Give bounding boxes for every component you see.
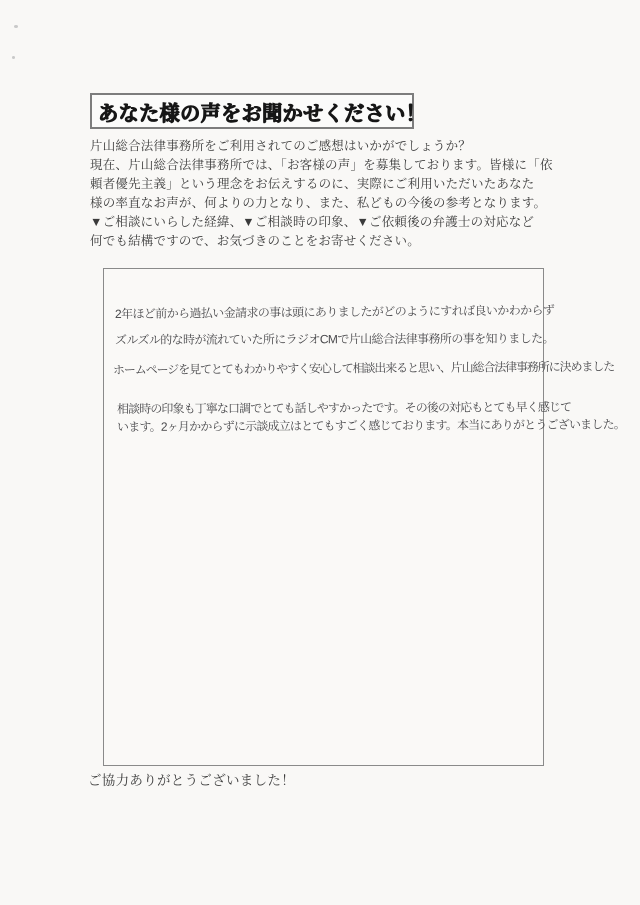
scan-speck — [12, 56, 15, 59]
intro-paragraph: 片山総合法律事務所をご利用されてのご感想はいかがでしょうか？ 現在、片山総合法律… — [90, 137, 558, 251]
intro-line: 片山総合法律事務所をご利用されてのご感想はいかがでしょうか？ — [90, 137, 558, 156]
scan-speck — [14, 25, 18, 28]
intro-line: 様の率直なお声が、何よりの力となり、また、私どもの今後の参考となります。 — [90, 194, 558, 213]
footer-thank-you: ご協力ありがとうございました！ — [88, 769, 295, 789]
handwritten-comment-line: ホームページを見てとてもわかりやすく安心して相談出来ると思い、片山総合法律事務所… — [113, 358, 614, 378]
page-title: あなた様の声をお聞かせください！ — [98, 96, 426, 126]
feedback-form-page: あなた様の声をお聞かせください！ 片山総合法律事務所をご利用されてのご感想はいか… — [0, 0, 640, 905]
handwritten-comment-line: ズルズル的な時が流れていた所にラジオCMで片山総合法律事務所の事を知りました。 — [115, 329, 554, 348]
intro-line: 頼者優先主義」という理念をお伝えするのに、実際にご利用いただいたあなた — [90, 175, 558, 194]
intro-line: ▼ご相談にいらした経緯、▼ご相談時の印象、▼ご依頼後の弁護士の対応など — [90, 213, 558, 232]
handwritten-comment-line: います。2ヶ月かからずに示談成立はとてもすごく感じております。本当にありがとうご… — [117, 415, 625, 435]
title-box: あなた様の声をお聞かせください！ — [90, 93, 414, 129]
handwritten-comment-line: 2年ほど前から過払い金請求の事は頭にありましたがどのようにすれば良いかわからず — [115, 301, 554, 322]
intro-line: 何でも結構ですので、お気づきのことをお寄せください。 — [90, 232, 558, 251]
comment-box: 2年ほど前から過払い金請求の事は頭にありましたがどのようにすれば良いかわからず … — [103, 268, 544, 766]
handwritten-comment-line: 相談時の印象も丁寧な口調でとても話しやすかったです。その後の対応もとても早く感じ… — [117, 398, 571, 417]
intro-line: 現在、片山総合法律事務所では、「お客様の声」を募集しております。皆様に「依 — [90, 156, 558, 175]
